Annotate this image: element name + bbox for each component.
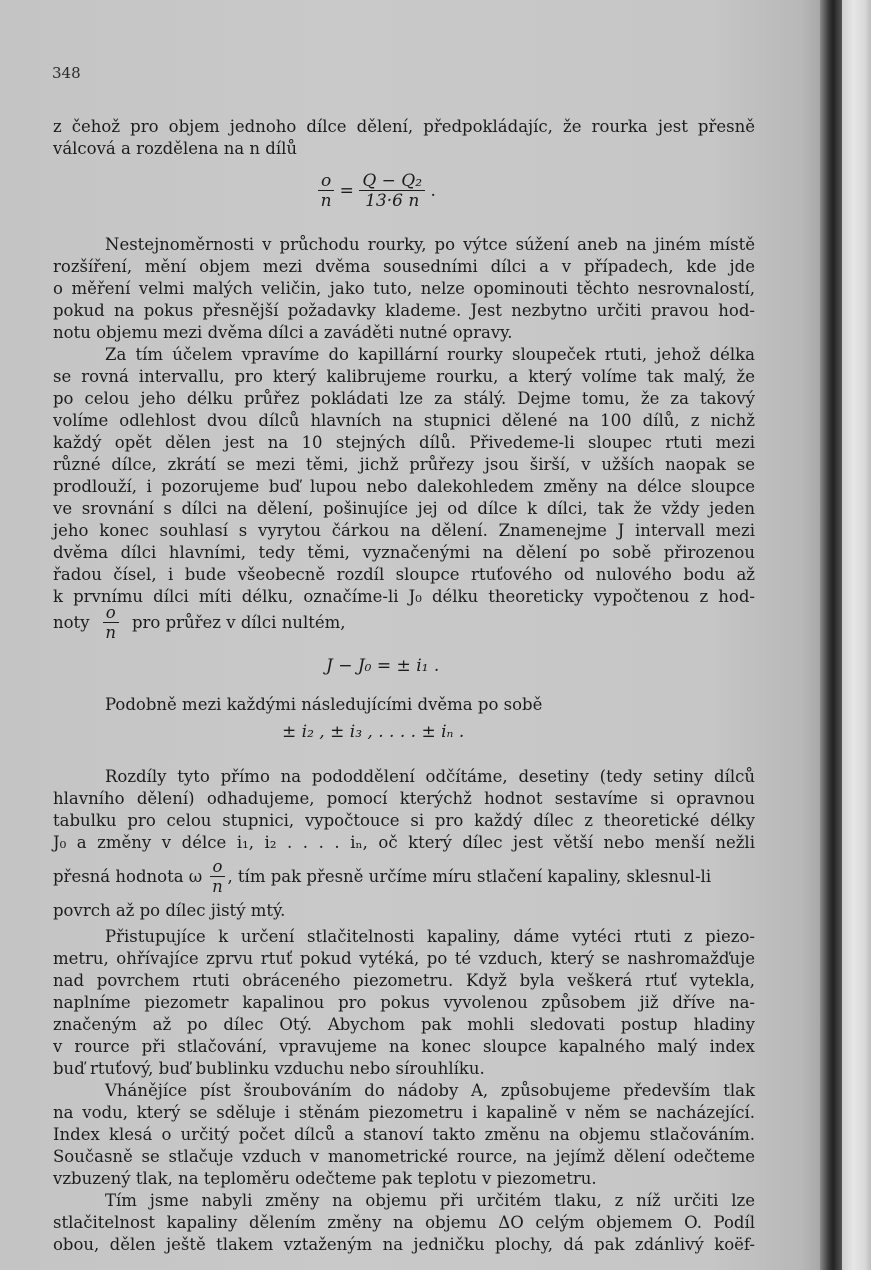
period: . — [430, 181, 435, 201]
text-line: povrch až po dílec jistý mtý. — [53, 900, 755, 922]
text-line: v rource při stlačování, vpravujeme na k… — [53, 1036, 755, 1058]
frac-den: 13·6 n — [359, 191, 425, 211]
paragraph-4-end: povrch až po dílec jistý mtý. — [53, 900, 755, 922]
frac-num: Q − Q₂ — [359, 172, 425, 191]
text-line: ve srovnání s dílci na dělení, pošinujíc… — [53, 498, 755, 520]
text-fragment: přesná hodnota ω — [53, 867, 202, 886]
text-line: tabulku pro celou stupnici, vypočtouce s… — [53, 810, 755, 832]
text-line: prodlouží, i pozorujeme buď lupou nebo d… — [53, 476, 755, 498]
text-line: obou, dělen ještě tlakem vztaženým na je… — [53, 1234, 755, 1256]
text-line: Současně se stlačuje vzduch v manometric… — [53, 1146, 755, 1168]
equation-volume: on = Q − Q₂13·6 n . — [318, 172, 436, 211]
text-line: každý opět dělen jest na 10 stejných díl… — [53, 432, 755, 454]
frac-num: o — [103, 604, 119, 623]
page-number: 348 — [52, 64, 81, 82]
text-line: značeným až po dílec Otý. Abychom pak mo… — [53, 1014, 755, 1036]
text-line: metru, ohřívajíce zprvu rtuť pokud vyték… — [53, 948, 755, 970]
text-line: o měření velmi malých veličin, jako tuto… — [53, 278, 755, 300]
text-line: dvěma dílci hlavními, tedy těmi, vyznače… — [53, 542, 755, 564]
paragraph-1: Nestejnoměrnosti v průchodu rourky, po v… — [53, 234, 755, 344]
text-line: nad povrchem rtuti obráceného piezometru… — [53, 970, 755, 992]
text-line: J₀ a změny v délce i₁, i₂ . . . . iₙ, oč… — [53, 832, 755, 854]
text-line: hlavního dělení) odhadujeme, pomocí kter… — [53, 788, 755, 810]
text-line: vzbuzený tlak, na teploměru odečteme pak… — [53, 1168, 755, 1190]
paragraph-2: Za tím účelem vpravíme do kapillární rou… — [53, 344, 755, 608]
paragraph-5: Přistupujíce k určení stlačitelnosti kap… — [53, 926, 755, 1080]
text-line: rozšíření, mění objem mezi dvěma sousedn… — [53, 256, 755, 278]
text-line: Nestejnoměrnosti v průchodu rourky, po v… — [53, 234, 755, 256]
equals-sign: = — [340, 181, 354, 201]
text-line: Přistupujíce k určení stlačitelnosti kap… — [53, 926, 755, 948]
frac-den: n — [210, 877, 226, 897]
text-line: na vodu, který se sděluje i stěnám piezo… — [53, 1102, 755, 1124]
text-line: Vhánějíce píst šroubováním do nádoby A, … — [53, 1080, 755, 1102]
text-line: Index klesá o určitý počet dílců a stano… — [53, 1124, 755, 1146]
page-edge — [842, 0, 871, 1270]
text-line: Za tím účelem vpravíme do kapillární rou… — [53, 344, 755, 366]
text-fragment: noty — [53, 613, 90, 632]
text-line: z čehož pro objem jednoho dílce dělení, … — [53, 116, 755, 138]
frac-den: n — [103, 623, 119, 643]
paragraph-4: Rozdíly tyto přímo na pododdělení odčítá… — [53, 766, 755, 854]
omega-line: přesná hodnota ω on, tím pak přesně určí… — [53, 858, 711, 897]
text-line: notu objemu mezi dvěma dílci a zaváděti … — [53, 322, 755, 344]
text-line: po celou jeho délku průřez pokládati lze… — [53, 388, 755, 410]
paragraph-7: Tím jsme nabyli změny na objemu při urči… — [53, 1190, 755, 1256]
equation-interval: J − J₀ = ± i₁ . — [326, 656, 439, 676]
text-line: řadou čísel, i bude všeobecně rozdíl slo… — [53, 564, 755, 586]
text-line: volíme odlehlost dvou dílců hlavních na … — [53, 410, 755, 432]
text-line: buď rtuťový, buď bublinku vzduchu nebo s… — [53, 1058, 755, 1080]
text-line: různé dílce, zkrátí se mezi těmi, jichž … — [53, 454, 755, 476]
paragraph-3: Podobně mezi každými následujícími dvěma… — [53, 694, 755, 716]
text-line: jeho konec souhlasí s vyrytou čárkou na … — [53, 520, 755, 542]
intro-text: z čehož pro objem jednoho dílce dělení, … — [53, 116, 755, 160]
paragraph-6: Vhánějíce píst šroubováním do nádoby A, … — [53, 1080, 755, 1190]
text-line: naplníme piezometr kapalinou pro pokus v… — [53, 992, 755, 1014]
equation-series: ± i₂ , ± i₃ , . . . . ± iₙ . — [282, 722, 464, 742]
text-fragment: , tím pak přesně určíme míru stlačení ka… — [227, 867, 711, 886]
text-line: stlačitelnost kapaliny dělením změny na … — [53, 1212, 755, 1234]
text-line: se rovná intervallu, pro který kalibruje… — [53, 366, 755, 388]
text-line: Rozdíly tyto přímo na pododdělení odčítá… — [53, 766, 755, 788]
text-line: Podobně mezi každými následujícími dvěma… — [53, 694, 755, 716]
frac-num: o — [318, 172, 334, 191]
frac-den: n — [318, 191, 334, 211]
noty-line: noty on pro průřez v dílci nultém, — [53, 604, 346, 643]
text-fragment: pro průřez v dílci nultém, — [132, 613, 346, 632]
text-line: pokud na pokus přesnější požadavky klade… — [53, 300, 755, 322]
text-line: válcová a rozdělena na n dílů — [53, 138, 755, 160]
book-spine-shadow — [820, 0, 842, 1270]
text-line: Tím jsme nabyli změny na objemu při urči… — [53, 1190, 755, 1212]
frac-num: o — [210, 858, 226, 877]
